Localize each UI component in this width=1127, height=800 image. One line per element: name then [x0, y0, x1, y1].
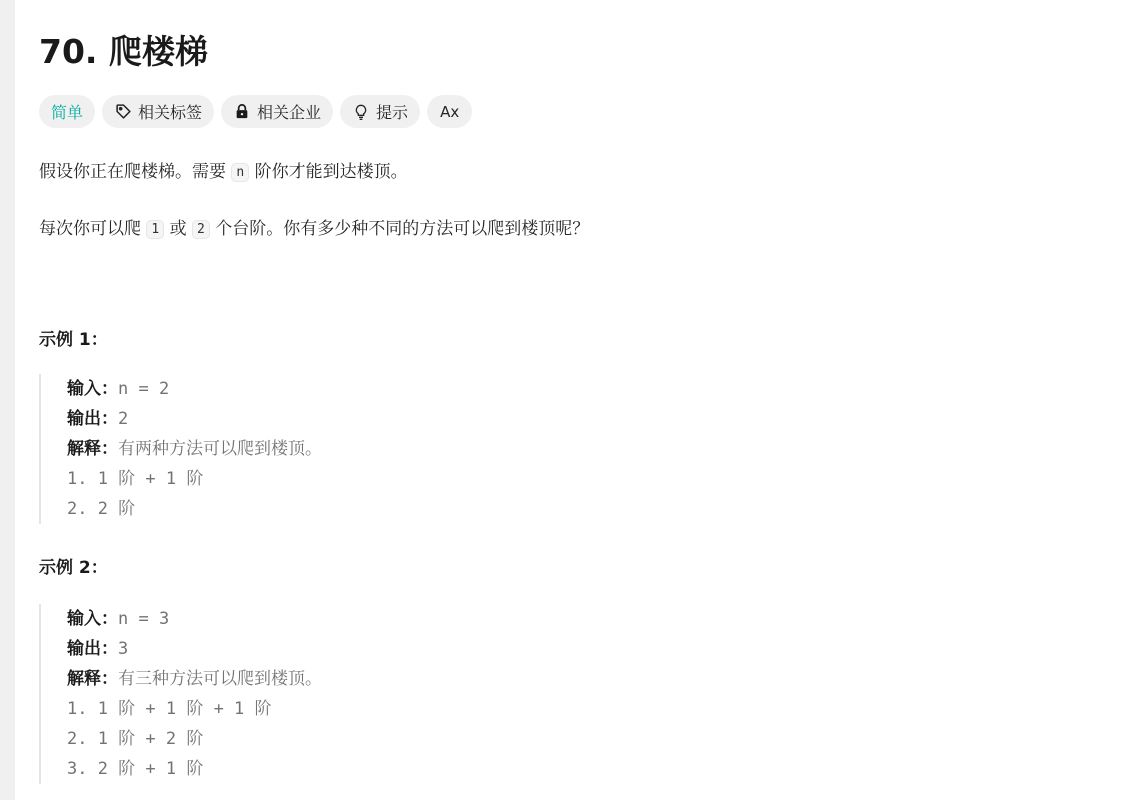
example-2-explanation: 解释：有三种方法可以爬到楼顶。 — [67, 664, 322, 694]
description-paragraph-2: 每次你可以爬 1 或 2 个台阶。你有多少种不同的方法可以爬到楼顶呢？ — [39, 214, 589, 239]
example-1-step: 2. 2 阶 — [67, 494, 322, 524]
description-paragraph-1: 假设你正在爬楼梯。需要 n 阶你才能到达楼顶。 — [39, 157, 408, 182]
related-companies-label: 相关企业 — [257, 100, 321, 123]
difficulty-badge[interactable]: 简单 — [39, 95, 95, 128]
example-1-block: 输入：n = 2 输出：2 解释：有两种方法可以爬到楼顶。 1. 1 阶 + 1… — [39, 374, 322, 524]
problem-title: 70. 爬楼梯 — [39, 26, 208, 73]
example-2-output: 输出：3 — [67, 634, 322, 664]
related-companies-button[interactable]: 相关企业 — [221, 95, 333, 128]
example-2-step: 1. 1 阶 + 1 阶 + 1 阶 — [67, 694, 322, 724]
lock-icon — [233, 103, 251, 121]
hint-label: 提示 — [376, 100, 408, 123]
translate-icon: Ax — [440, 103, 459, 121]
example-2-step: 3. 2 阶 + 1 阶 — [67, 754, 322, 784]
difficulty-label: 简单 — [51, 100, 83, 123]
example-2-block: 输入：n = 3 输出：3 解释：有三种方法可以爬到楼顶。 1. 1 阶 + 1… — [39, 604, 322, 784]
example-1-input: 输入：n = 2 — [67, 374, 322, 404]
example-1-title: 示例 1： — [39, 325, 108, 350]
inline-code-1: 1 — [146, 220, 164, 239]
related-tags-label: 相关标签 — [138, 100, 202, 123]
example-2-title: 示例 2： — [39, 553, 108, 578]
inline-code-2: 2 — [192, 220, 210, 239]
left-panel-edge — [0, 0, 15, 800]
example-1-output: 输出：2 — [67, 404, 322, 434]
lightbulb-icon — [352, 103, 370, 121]
tag-icon — [114, 103, 132, 121]
inline-code-n: n — [231, 163, 249, 182]
related-tags-button[interactable]: 相关标签 — [102, 95, 214, 128]
tag-bar: 简单 相关标签 相关企业 提示 Ax — [39, 95, 472, 128]
example-2-input: 输入：n = 3 — [67, 604, 322, 634]
translate-button[interactable]: Ax — [427, 95, 472, 128]
example-1-step: 1. 1 阶 + 1 阶 — [67, 464, 322, 494]
example-2-step: 2. 1 阶 + 2 阶 — [67, 724, 322, 754]
example-1-explanation: 解释：有两种方法可以爬到楼顶。 — [67, 434, 322, 464]
hint-button[interactable]: 提示 — [340, 95, 420, 128]
